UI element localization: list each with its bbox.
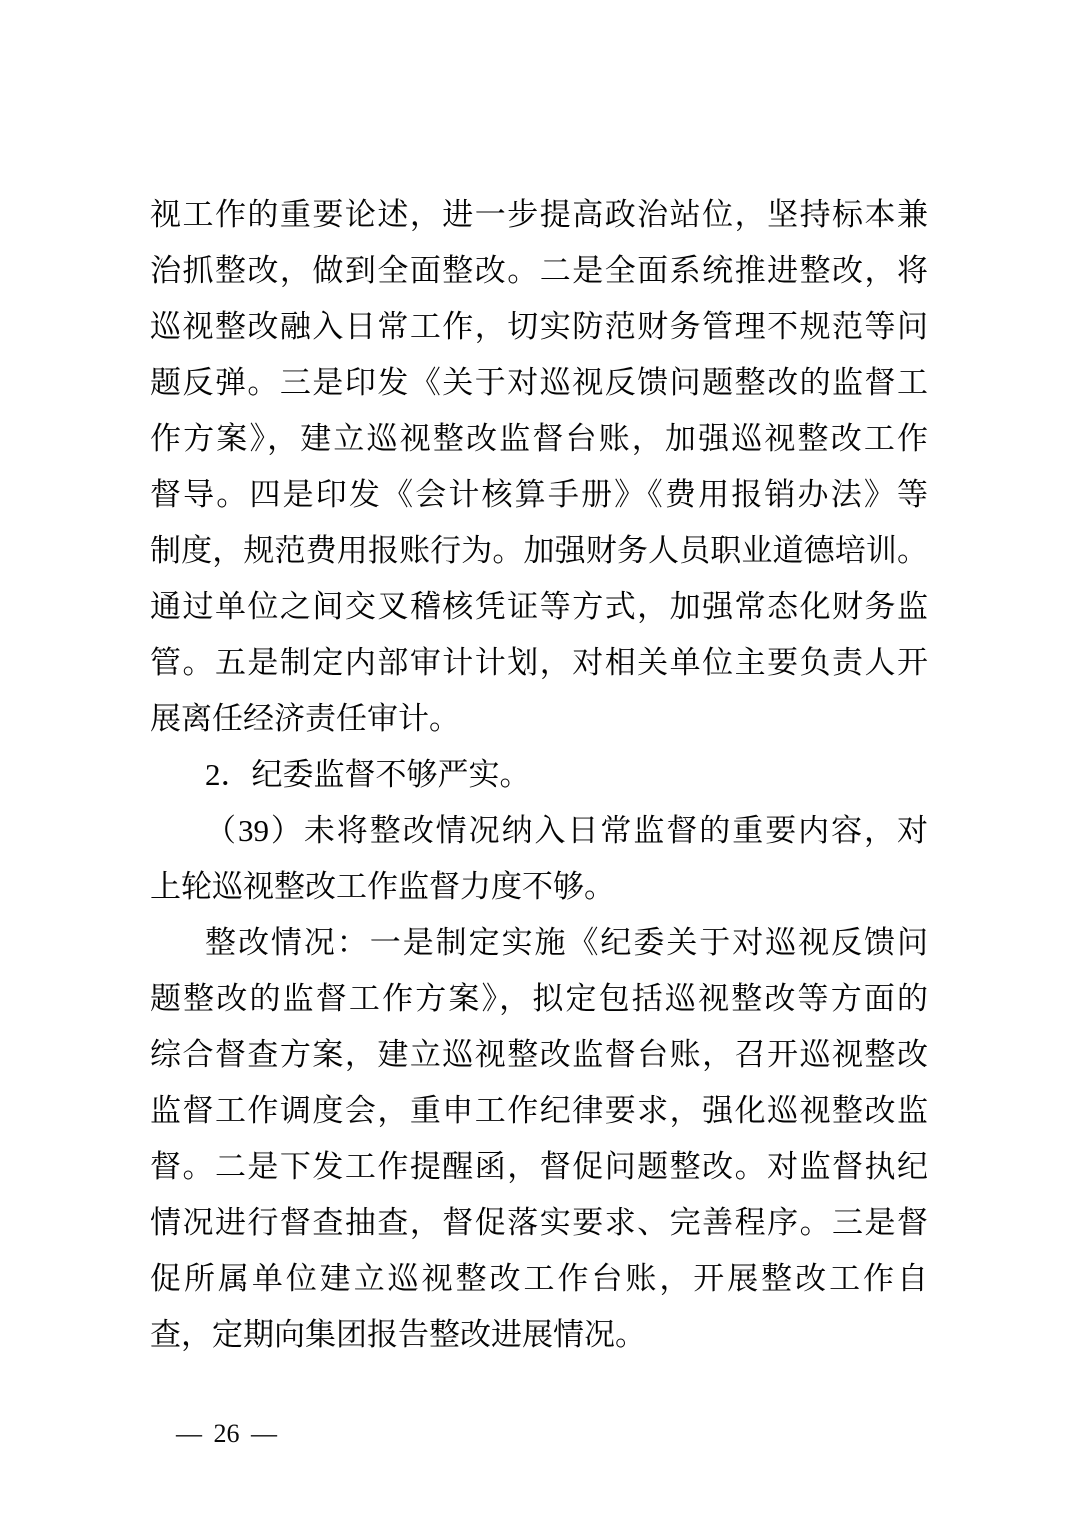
text-line: 题反弹。三是印发《关于对巡视反馈问题整改的监督工 <box>150 355 928 411</box>
text-line: 题整改的监督工作方案》，拟定包括巡视整改等方面的 <box>150 971 928 1027</box>
text-line: 督导。四是印发《会计核算手册》《费用报销办法》等 <box>150 467 928 523</box>
text-line: 巡视整改融入日常工作，切实防范财务管理不规范等问 <box>150 299 928 355</box>
page-number: — 26 — <box>176 1419 277 1449</box>
text-line: 视工作的重要论述，进一步提高政治站位，坚持标本兼 <box>150 187 928 243</box>
text-line: 作方案》，建立巡视整改监督台账，加强巡视整改工作 <box>150 411 928 467</box>
text-line: 查，定期向集团报告整改进展情况。 <box>150 1307 928 1363</box>
text-line: 促所属单位建立巡视整改工作台账，开展整改工作自 <box>150 1251 928 1307</box>
text-line: 督。二是下发工作提醒函，督促问题整改。对监督执纪 <box>150 1139 928 1195</box>
text-line: 2．纪委监督不够严实。 <box>150 747 928 803</box>
text-line: 展离任经济责任审计。 <box>150 691 928 747</box>
text-line: 治抓整改，做到全面整改。二是全面系统推进整改，将 <box>150 243 928 299</box>
text-line: （39）未将整改情况纳入日常监督的重要内容，对 <box>150 803 928 859</box>
text-line: 监督工作调度会，重申工作纪律要求，强化巡视整改监 <box>150 1083 928 1139</box>
text-line: 整改情况：一是制定实施《纪委关于对巡视反馈问 <box>150 915 928 971</box>
text-line: 情况进行督查抽查，督促落实要求、完善程序。三是督 <box>150 1195 928 1251</box>
text-line: 管。五是制定内部审计计划，对相关单位主要负责人开 <box>150 635 928 691</box>
text-line: 上轮巡视整改工作监督力度不够。 <box>150 859 928 915</box>
text-line: 综合督查方案，建立巡视整改监督台账，召开巡视整改 <box>150 1027 928 1083</box>
text-line: 通过单位之间交叉稽核凭证等方式，加强常态化财务监 <box>150 579 928 635</box>
document-page: 视工作的重要论述，进一步提高政治站位，坚持标本兼治抓整改，做到全面整改。二是全面… <box>0 0 1080 1528</box>
text-line: 制度，规范费用报账行为。加强财务人员职业道德培训。 <box>150 523 928 579</box>
body-text: 视工作的重要论述，进一步提高政治站位，坚持标本兼治抓整改，做到全面整改。二是全面… <box>150 187 928 1363</box>
